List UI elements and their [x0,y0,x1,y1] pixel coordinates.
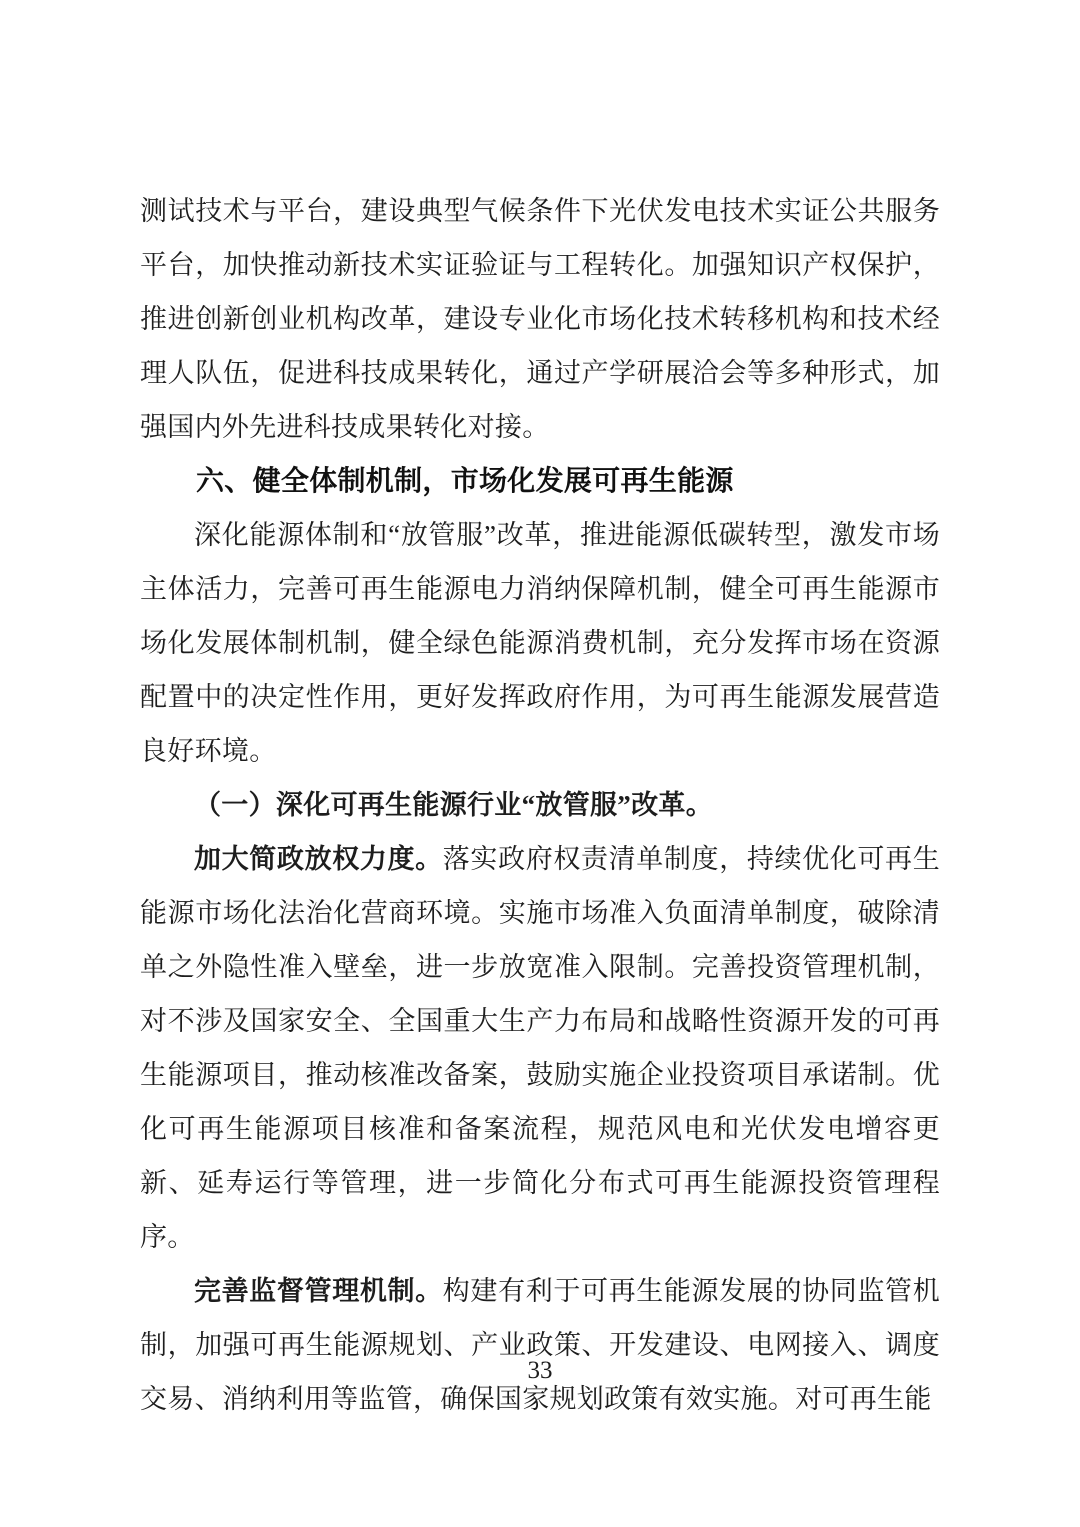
subsection-heading: （一）深化可再生能源行业“放管服”改革。 [140,778,940,832]
paragraph-section-intro-text: 深化能源体制和“放管服”改革，推进能源低碳转型，激发市场主体活力，完善可再生能源… [140,520,940,766]
subsection-heading-text: （一）深化可再生能源行业“放管服”改革。 [194,790,713,820]
paragraph-lead-bold: 加大简政放权力度。 [194,844,443,874]
paragraph-body-text: 落实政府权责清单制度，持续优化可再生能源市场化法治化营商环境。实施市场准入负面清… [140,844,940,1252]
section-heading: 六、健全体制机制，市场化发展可再生能源 [140,454,940,508]
paragraph-streamline-administration: 加大简政放权力度。落实政府权责清单制度，持续优化可再生能源市场化法治化营商环境。… [140,832,940,1264]
paragraph-continuation: 测试技术与平台，建设典型气候条件下光伏发电技术实证公共服务平台，加快推动新技术实… [140,184,940,454]
paragraph-continuation-text: 测试技术与平台，建设典型气候条件下光伏发电技术实证公共服务平台，加快推动新技术实… [140,196,940,442]
document-page: 测试技术与平台，建设典型气候条件下光伏发电技术实证公共服务平台，加快推动新技术实… [0,0,1080,1527]
paragraph-lead-bold: 完善监督管理机制。 [194,1276,443,1306]
section-heading-text: 六、健全体制机制，市场化发展可再生能源 [196,465,734,496]
text-body: 测试技术与平台，建设典型气候条件下光伏发电技术实证公共服务平台，加快推动新技术实… [140,184,940,1426]
paragraph-section-intro: 深化能源体制和“放管服”改革，推进能源低碳转型，激发市场主体活力，完善可再生能源… [140,508,940,778]
page-number: 33 [0,1356,1080,1386]
paragraph-supervision-mechanism: 完善监督管理机制。构建有利于可再生能源发展的协同监管机制，加强可再生能源规划、产… [140,1264,940,1426]
